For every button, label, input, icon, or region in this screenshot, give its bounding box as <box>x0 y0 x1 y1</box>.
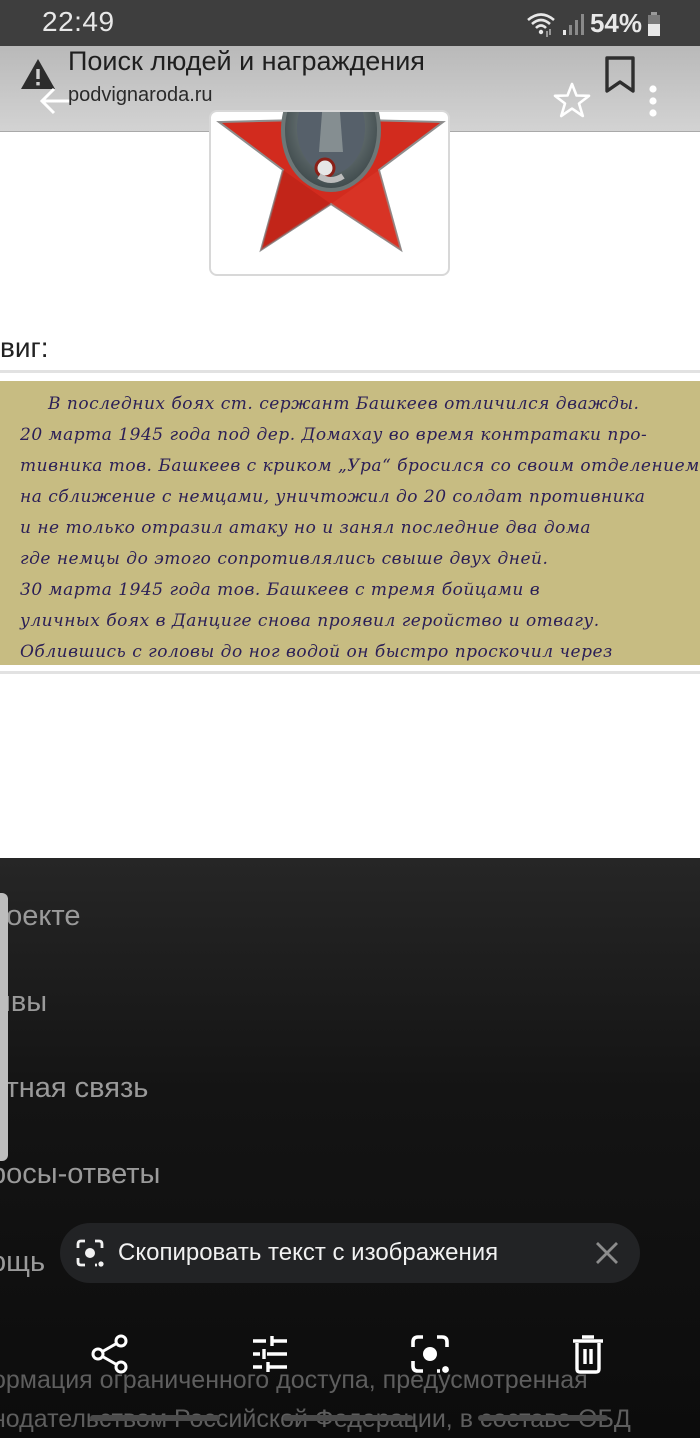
divider <box>0 370 700 373</box>
edge-panel-handle[interactable] <box>0 893 8 1161</box>
lens-button[interactable] <box>406 1330 454 1378</box>
back-arrow-icon[interactable] <box>38 86 72 116</box>
handwritten-text: В последних боях ст. сержант Башкеев отл… <box>20 389 700 665</box>
star-icon[interactable] <box>553 82 591 118</box>
tune-icon <box>250 1334 290 1374</box>
image-action-bar <box>0 1330 700 1378</box>
footer-link-feedback[interactable]: атная связь <box>0 1072 148 1105</box>
screen: 22:49 54% <box>0 0 700 1438</box>
award-document-image[interactable]: В последних боях ст. сержант Башкеев отл… <box>0 381 700 665</box>
section-heading: виг: <box>0 332 49 364</box>
trash-icon <box>568 1334 608 1374</box>
more-vert-icon[interactable] <box>646 84 660 118</box>
doc-line: тивника тов. Башкеев с криком „Ура“ брос… <box>20 451 700 482</box>
delete-button[interactable] <box>564 1330 612 1378</box>
footer-link-about[interactable]: роекте <box>0 900 80 933</box>
share-icon <box>90 1334 130 1374</box>
doc-line: и не только отразил атаку но и занял пос… <box>20 513 700 544</box>
doc-line: Облившись с головы до ног водой он быстр… <box>20 637 700 665</box>
copy-text-from-image-chip[interactable]: Скопировать текст с изображения <box>60 1223 640 1283</box>
status-icons: 54% <box>526 8 660 39</box>
share-button[interactable] <box>86 1330 134 1378</box>
divider <box>0 671 700 674</box>
page-title: Поиск людей и награждения <box>68 46 425 77</box>
footer-link-help[interactable]: ощь <box>0 1246 45 1279</box>
doc-line: В последних боях ст. сержант Башкеев отл… <box>20 389 700 420</box>
page-url[interactable]: podvignaroda.ru <box>68 84 213 107</box>
battery-icon <box>648 12 660 36</box>
lens-scan-icon <box>76 1239 104 1267</box>
chip-label: Скопировать текст с изображения <box>118 1239 498 1267</box>
close-icon[interactable] <box>592 1238 622 1268</box>
wifi-icon <box>526 11 556 37</box>
lens-scan-icon <box>410 1334 450 1374</box>
status-time: 22:49 <box>42 6 115 38</box>
status-bar: 22:49 54% <box>0 0 700 46</box>
battery-percent: 54% <box>590 8 642 39</box>
nav-gesture-hint <box>283 1415 413 1421</box>
footer-link-faq[interactable]: росы-ответы <box>0 1158 160 1191</box>
edit-button[interactable] <box>246 1330 294 1378</box>
doc-line: уличных боях в Данциге снова проявил гер… <box>20 606 700 637</box>
doc-line: 20 марта 1945 года под дер. Домахау во в… <box>20 420 700 451</box>
signal-icon <box>562 12 584 36</box>
doc-line: где немцы до этого сопротивлялись свыше … <box>20 544 700 575</box>
nav-gesture-hint <box>478 1415 608 1421</box>
nav-gesture-hint <box>90 1415 220 1421</box>
medal-image-card[interactable] <box>209 110 450 276</box>
doc-line: на сближение с немцами, уничтожил до 20 … <box>20 482 700 513</box>
bookmark-icon[interactable] <box>604 56 636 94</box>
order-red-star-icon <box>211 112 450 276</box>
doc-line: 30 марта 1945 года тов. Башкеев с тремя … <box>20 575 700 606</box>
